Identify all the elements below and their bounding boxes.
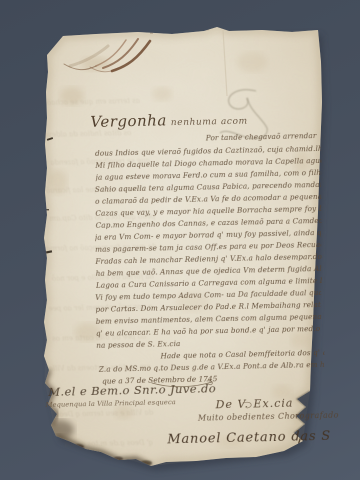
manuscript-photo: as terras em que se achaõ os ditos Indio… — [0, 0, 360, 480]
paper-graphic — [0, 0, 360, 480]
paper-sheet — [44, 27, 322, 466]
